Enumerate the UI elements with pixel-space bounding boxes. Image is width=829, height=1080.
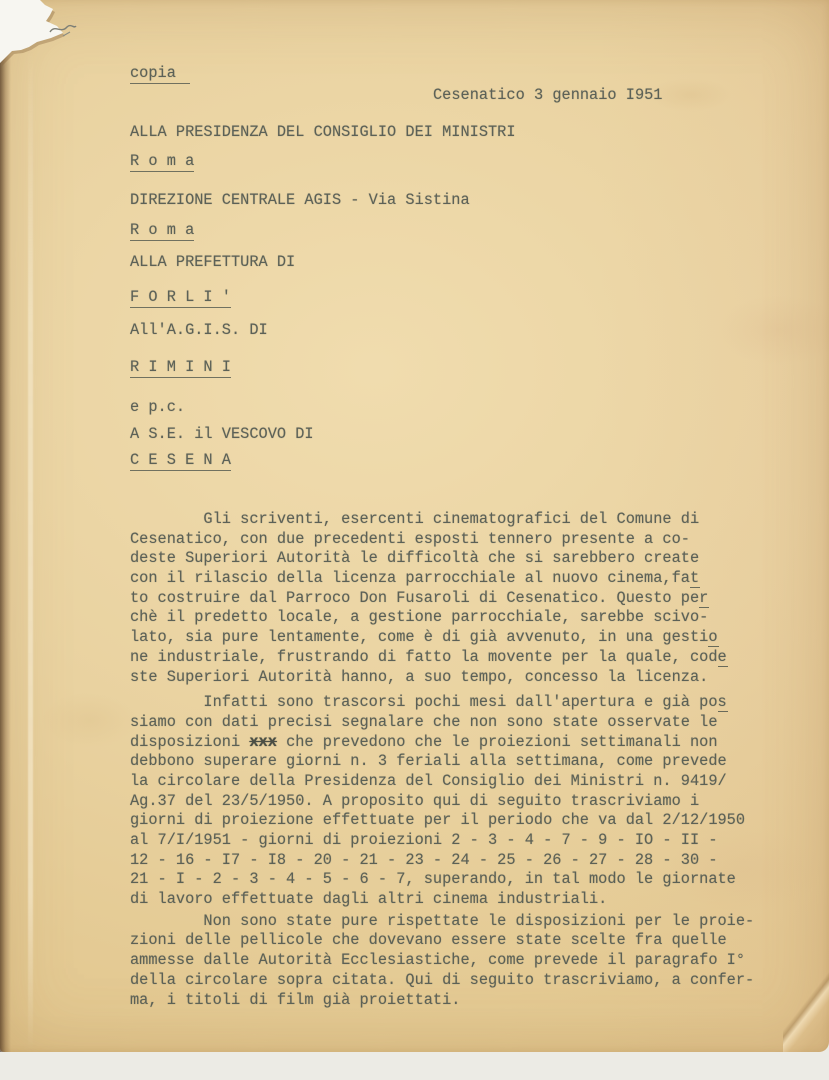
recipient-text: ALLA PRESIDENZA DEL CONSIGLIO DEI MINIST… — [130, 123, 516, 141]
hyphenation-underline: r — [699, 589, 709, 608]
recipient-line: DIREZIONE CENTRALE AGIS - Via Sistina — [130, 191, 470, 209]
text-segment: Infatti sono trascorsi pochi mesi dall'a… — [130, 693, 718, 711]
text-line: Non sono state pure rispettate le dispos… — [130, 912, 770, 932]
text-segment: al 7/I/1951 - giorni di proiezioni 2 - 3… — [130, 831, 718, 849]
text-segment: di lavoro effettuate dagli altri cinema … — [130, 890, 607, 908]
scanned-letter-canvas: copia Cesenatico 3 gennaio I951 ALLA PRE… — [0, 0, 829, 1080]
text-segment: to costruire dal Parroco Don Fusaroli di… — [130, 589, 699, 607]
paragraph: Infatti sono trascorsi pochi mesi dall'a… — [130, 693, 770, 910]
text-segment: debbono superare giorni n. 3 feriali all… — [130, 752, 727, 770]
hyphenation-underline: e — [718, 648, 728, 667]
dateline: Cesenatico 3 gennaio I951 — [433, 86, 663, 104]
text-segment: giorni di proiezione effettuate per il p… — [130, 811, 745, 829]
recipient-line: e p.c. — [130, 398, 185, 416]
recipient-line: ALLA PRESIDENZA DEL CONSIGLIO DEI MINIST… — [130, 123, 516, 141]
paragraph: Non sono state pure rispettate le dispos… — [130, 912, 770, 1010]
text-line: deste Superiori Autorità le difficoltà c… — [130, 549, 770, 569]
recipient-line: ALLA PREFETTURA DI — [130, 253, 295, 271]
text-line: ne industriale, frustrando di fatto la m… — [130, 648, 770, 668]
body-paragraphs: Gli scriventi, esercenti cinematografici… — [130, 510, 770, 1010]
text-line: siamo con dati precisi segnalare che non… — [130, 713, 770, 733]
paper-left-edge-shadow — [0, 40, 11, 1052]
recipient-text: DIREZIONE CENTRALE AGIS - Via Sistina — [130, 191, 470, 209]
text-segment: siamo con dati precisi segnalare che non… — [130, 713, 718, 731]
text-line: Ag.37 del 23/5/1950. A proposito qui di … — [130, 792, 770, 812]
copy-label: copia — [130, 64, 190, 84]
struck-out-text: xxx — [249, 733, 277, 751]
text-segment: lato, sia pure lentamente, come è di già… — [130, 628, 708, 646]
recipient-text: e p.c. — [130, 398, 185, 416]
recipient-line: C E S E N A — [130, 451, 231, 469]
hyphenation-underline: o — [708, 628, 718, 647]
text-segment: Gli scriventi, esercenti cinematografici… — [130, 510, 699, 528]
text-segment: 21 - I - 2 - 3 - 4 - 5 - 6 - 7, superand… — [130, 870, 736, 888]
text-line: ammesse dalle Autorità Ecclesiastiche, c… — [130, 951, 770, 971]
text-segment: Cesenatico, con due precedenti esposti t… — [130, 530, 690, 548]
text-line: di lavoro effettuate dagli altri cinema … — [130, 890, 770, 910]
text-segment: della circolare sopra citata. Qui di seg… — [130, 971, 754, 989]
text-line: giorni di proiezione effettuate per il p… — [130, 811, 770, 831]
paragraph: Gli scriventi, esercenti cinematografici… — [130, 510, 770, 687]
text-line: zioni delle pellicole che dovevano esser… — [130, 931, 770, 951]
text-line: debbono superare giorni n. 3 feriali all… — [130, 752, 770, 772]
recipient-text: A S.E. il VESCOVO DI — [130, 425, 314, 443]
recipient-text: ALLA PREFETTURA DI — [130, 253, 295, 271]
text-segment: 12 - 16 - I7 - I8 - 20 - 21 - 23 - 24 - … — [130, 851, 718, 869]
text-line: 12 - 16 - I7 - I8 - 20 - 21 - 23 - 24 - … — [130, 851, 770, 871]
text-line: chè il predetto locale, a gestione parro… — [130, 608, 770, 628]
text-line: lato, sia pure lentamente, come è di già… — [130, 628, 770, 648]
text-line: ma, i titoli di film già proiettati. — [130, 991, 770, 1011]
copy-label-line: copia — [130, 64, 190, 82]
recipient-line: R I M I N I — [130, 358, 231, 376]
recipient-line: All'A.G.I.S. DI — [130, 321, 268, 339]
text-line: al 7/I/1951 - giorni di proiezioni 2 - 3… — [130, 831, 770, 851]
recipient-line: R o m a — [130, 221, 194, 239]
text-segment: la circolare della Presidenza del Consig… — [130, 772, 727, 790]
recipient-line: A S.E. il VESCOVO DI — [130, 425, 314, 443]
hyphenation-underline: t — [690, 569, 700, 588]
recipient-text: C E S E N A — [130, 451, 231, 471]
text-line: Cesenatico, con due precedenti esposti t… — [130, 530, 770, 550]
bottom-right-fold — [783, 972, 829, 1052]
text-segment: che prevedono che le proiezioni settiman… — [277, 733, 718, 751]
text-segment: deste Superiori Autorità le difficoltà c… — [130, 549, 699, 567]
recipient-text: R I M I N I — [130, 358, 231, 378]
text-line: con il rilascio della licenza parrocchia… — [130, 569, 770, 589]
text-line: Infatti sono trascorsi pochi mesi dall'a… — [130, 693, 770, 713]
pencil-mark-icon — [48, 21, 78, 39]
recipient-line: R o m a — [130, 152, 194, 170]
text-line: 21 - I - 2 - 3 - 4 - 5 - 6 - 7, superand… — [130, 870, 770, 890]
paper-crease — [28, 0, 33, 1052]
text-line: to costruire dal Parroco Don Fusaroli di… — [130, 589, 770, 609]
text-line: disposizioni xxx che prevedono che le pr… — [130, 733, 770, 753]
text-segment: chè il predetto locale, a gestione parro… — [130, 608, 708, 626]
recipient-line: F O R L I ' — [130, 288, 231, 306]
hyphenation-underline: s — [718, 693, 728, 712]
recipient-text: R o m a — [130, 221, 194, 241]
text-segment: con il rilascio della licenza parrocchia… — [130, 569, 690, 587]
paper-sheet: copia Cesenatico 3 gennaio I951 ALLA PRE… — [0, 0, 829, 1052]
recipient-text: All'A.G.I.S. DI — [130, 321, 268, 339]
text-segment: ammesse dalle Autorità Ecclesiastiche, c… — [130, 951, 745, 969]
text-segment: ma, i titoli di film già proiettati. — [130, 991, 460, 1009]
text-segment: ste Superiori Autorità hanno, a suo temp… — [130, 668, 708, 686]
text-segment: zioni delle pellicole che dovevano esser… — [130, 931, 727, 949]
recipient-text: F O R L I ' — [130, 288, 231, 308]
text-line: Gli scriventi, esercenti cinematografici… — [130, 510, 770, 530]
text-line: ste Superiori Autorità hanno, a suo temp… — [130, 668, 770, 688]
text-segment: Non sono state pure rispettate le dispos… — [130, 912, 754, 930]
text-line: la circolare della Presidenza del Consig… — [130, 772, 770, 792]
text-line: della circolare sopra citata. Qui di seg… — [130, 971, 770, 991]
text-segment: disposizioni — [130, 733, 249, 751]
recipient-text: R o m a — [130, 152, 194, 172]
text-segment: ne industriale, frustrando di fatto la m… — [130, 648, 718, 666]
text-segment: Ag.37 del 23/5/1950. A proposito qui di … — [130, 792, 699, 810]
